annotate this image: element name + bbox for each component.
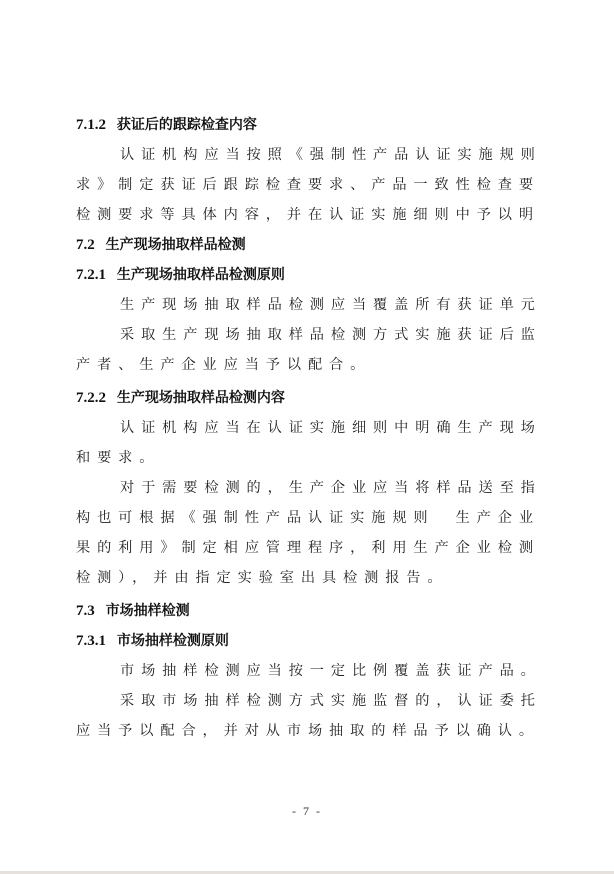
section-title: 生产现场抽取样品检测内容 — [117, 390, 285, 406]
section-title: 生产现场抽取样品检测 — [106, 237, 246, 253]
paragraph-line: 认证机构应当按照《强制性产品认证实施规则 工厂质量保证能力要 — [76, 140, 540, 170]
paragraph-line: 对于需要检测的，生产企业应当将样品送至指定实验室检测。认证机 — [76, 473, 540, 503]
paragraph-line: 求》制定获证后跟踪检查要求、产品一致性检查要求、生产企业质量控制 — [76, 170, 540, 200]
paragraph-line: 认证机构应当在认证实施细则中明确生产现场抽样检测的具体内容 — [76, 413, 540, 443]
paragraph-line: 市场抽样检测应当按一定比例覆盖获证产品。 — [76, 656, 540, 686]
section-heading-7-2: 7.2 生产现场抽取样品检测 — [76, 230, 540, 260]
paragraph: 采取市场抽样检测方式实施监督的，认证委托人、生产者、生产企业 应当予以配合，并对… — [76, 686, 540, 746]
paragraph-line: 和要求。 — [76, 443, 540, 473]
section-number: 7.2.1 — [76, 267, 106, 283]
section-title: 市场抽样检测原则 — [117, 633, 229, 649]
document-page: 7.1.2 获证后的跟踪检查内容 认证机构应当按照《强制性产品认证实施规则 工厂… — [0, 0, 614, 872]
paragraph-line: 采取生产现场抽取样品检测方式实施获证后监督的，认证委托人、生 — [76, 320, 540, 350]
section-heading-7-3: 7.3 市场抽样检测 — [76, 596, 540, 626]
paragraph-line: 应当予以配合，并对从市场抽取的样品予以确认。 — [76, 716, 540, 746]
paragraph: 生产现场抽取样品检测应当覆盖所有获证单元。 — [76, 290, 540, 320]
section-heading-7-3-1: 7.3.1 市场抽样检测原则 — [76, 626, 540, 656]
paragraph: 采取生产现场抽取样品检测方式实施获证后监督的，认证委托人、生 产者、生产企业应当… — [76, 320, 540, 380]
paragraph-line: 构也可根据《强制性产品认证实施规则 生产企业检测资源及其他认证结 — [76, 503, 540, 533]
paragraph: 认证机构应当按照《强制性产品认证实施规则 工厂质量保证能力要 求》制定获证后跟踪… — [76, 140, 540, 230]
section-title: 生产现场抽取样品检测原则 — [117, 267, 285, 283]
section-number: 7.1.2 — [76, 117, 106, 133]
paragraph-line: 果的利用》制定相应管理程序，利用生产企业检测资源实施检测（或目击 — [76, 533, 540, 563]
section-number: 7.2.2 — [76, 390, 106, 406]
section-number: 7.2 — [76, 237, 95, 253]
paragraph: 认证机构应当在认证实施细则中明确生产现场抽样检测的具体内容 和要求。 — [76, 413, 540, 473]
page-content: 7.1.2 获证后的跟踪检查内容 认证机构应当按照《强制性产品认证实施规则 工厂… — [76, 110, 540, 746]
paragraph: 对于需要检测的，生产企业应当将样品送至指定实验室检测。认证机 构也可根据《强制性… — [76, 473, 540, 593]
paragraph-line: 生产现场抽取样品检测应当覆盖所有获证单元。 — [76, 290, 540, 320]
section-number: 7.3.1 — [76, 633, 106, 649]
section-heading-7-2-1: 7.2.1 生产现场抽取样品检测原则 — [76, 260, 540, 290]
paragraph-line: 检测），并由指定实验室出具检测报告。 — [76, 563, 540, 593]
paragraph-line: 采取市场抽样检测方式实施监督的，认证委托人、生产者、生产企业 — [76, 686, 540, 716]
page-number: - 7 - — [0, 804, 614, 819]
section-title: 市场抽样检测 — [106, 603, 190, 619]
section-number: 7.3 — [76, 603, 95, 619]
section-heading-7-1-2: 7.1.2 获证后的跟踪检查内容 — [76, 110, 540, 140]
section-heading-7-2-2: 7.2.2 生产现场抽取样品检测内容 — [76, 383, 540, 413]
paragraph-line: 产者、生产企业应当予以配合。 — [76, 350, 540, 380]
paragraph-line: 检测要求等具体内容，并在认证实施细则中予以明确。 — [76, 200, 540, 230]
section-title: 获证后的跟踪检查内容 — [117, 117, 257, 133]
paragraph: 市场抽样检测应当按一定比例覆盖获证产品。 — [76, 656, 540, 686]
